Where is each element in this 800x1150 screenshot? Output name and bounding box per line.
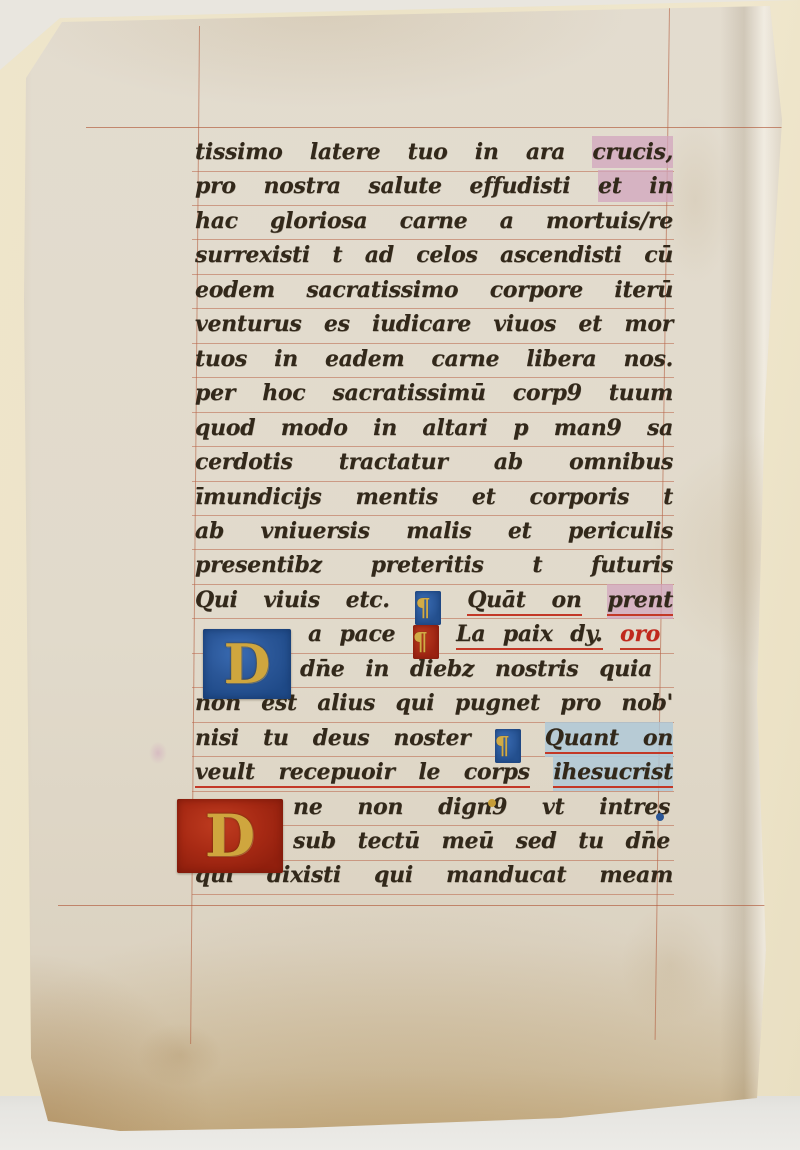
text-segment: pro nostra salute effudisti: [195, 173, 570, 199]
manuscript-text-line-6: venturus es iudicare viuos et mor: [195, 308, 673, 343]
text-segment: veult recepuoir le corps: [195, 759, 530, 788]
illuminated-initial-d-red: D: [177, 799, 283, 873]
text-segment: ab vniuersis malis et periculis: [195, 518, 673, 544]
text-segment: prent: [607, 587, 673, 616]
text-segment: surrexisti t ad celos ascendisti cū: [195, 242, 673, 268]
text-segment: per hoc sacratissimū corp9 tuum: [195, 380, 673, 406]
manuscript-text-line-3: hac gloriosa carne a mortuis/re: [195, 205, 673, 240]
text-segment: eodem sacratissimo corpore iterū: [195, 277, 673, 303]
text-segment: ihesucrist: [553, 759, 673, 788]
manuscript-text-line-11: īmundicijs mentis et corporis t: [195, 481, 673, 516]
manuscript-leaf: tissimo latere tuo in ara crucis,pro nos…: [0, 0, 800, 1150]
manuscript-text-line-10: cerdotis tractatur ab omnibus: [195, 446, 673, 481]
manuscript-text-line-1: tissimo latere tuo in ara crucis,: [195, 136, 673, 171]
ruling-line: [86, 127, 786, 128]
text-segment: Quāt on: [467, 587, 581, 616]
manuscript-text-line-4: surrexisti t ad celos ascendisti cū: [195, 239, 673, 274]
text-segment: presentibz preteritis t futuris: [195, 552, 673, 578]
text-segment: a pace: [308, 621, 395, 647]
blue-dot: [656, 813, 664, 821]
photo-background: tissimo latere tuo in ara crucis,pro nos…: [0, 0, 800, 1150]
ruling-line: [58, 905, 774, 906]
text-segment: crucis,: [592, 139, 673, 165]
text-segment: nisi tu deus noster: [195, 725, 470, 751]
manuscript-text-line-12: ab vniuersis malis et periculis: [195, 515, 673, 550]
manuscript-text-line-18: nisi tu deus noster ¶ Quant on: [195, 722, 673, 757]
text-segment: hac gloriosa carne a mortuis/re: [195, 208, 673, 234]
text-segment: cerdotis tractatur ab omnibus: [195, 449, 673, 475]
text-segment: venturus es iudicare viuos et mor: [195, 311, 673, 337]
manuscript-text-line-13: presentibz preteritis t futuris: [195, 549, 673, 584]
manuscript-text-line-15: a pace ¶ La paix dy. oro: [308, 618, 660, 653]
text-segment: tuos in eadem carne libera nos.: [195, 346, 673, 372]
manuscript-text-line-20: ne non dign9 vt intres: [293, 791, 670, 826]
text-segment: Qui viuis etc.: [195, 587, 390, 613]
manuscript-text-line-2: pro nostra salute effudisti et in: [195, 170, 673, 205]
manuscript-text-line-5: eodem sacratissimo corpore iterū: [195, 274, 673, 309]
stain: [120, 1010, 240, 1100]
manuscript-text-line-8: per hoc sacratissimū corp9 tuum: [195, 377, 673, 412]
manuscript-text-line-7: tuos in eadem carne libera nos.: [195, 343, 673, 378]
text-segment: dn̄e in diebz nostris quia: [300, 656, 652, 682]
text-segment: tissimo latere tuo in ara: [195, 139, 565, 165]
manuscript-text-line-9: quod modo in altari p man9 sa: [195, 412, 673, 447]
manuscript-text-line-16: dn̄e in diebz nostris quia: [300, 653, 652, 688]
gold-dot: [488, 799, 496, 807]
text-segment: oro: [620, 621, 660, 650]
text-segment: īmundicijs mentis et corporis t: [195, 484, 673, 510]
pink-smudge: [146, 738, 170, 768]
manuscript-text-line-14: Qui viuis etc. ¶ Quāt on prent: [195, 584, 673, 619]
text-segment: sub tectū meū sed tu dn̄e: [293, 828, 670, 854]
illuminated-initial-d-blue: D: [203, 629, 291, 699]
text-segment: Quant on: [545, 725, 673, 754]
text-segment: et in: [598, 173, 673, 199]
manuscript-text-line-21: sub tectū meū sed tu dn̄e: [293, 825, 670, 860]
text-segment: ne non dign9 vt intres: [293, 794, 670, 820]
text-segment: La paix dy.: [456, 621, 602, 650]
manuscript-text-line-19: veult recepuoir le corps ihesucrist: [195, 756, 673, 791]
text-segment: quod modo in altari p man9 sa: [195, 415, 673, 441]
